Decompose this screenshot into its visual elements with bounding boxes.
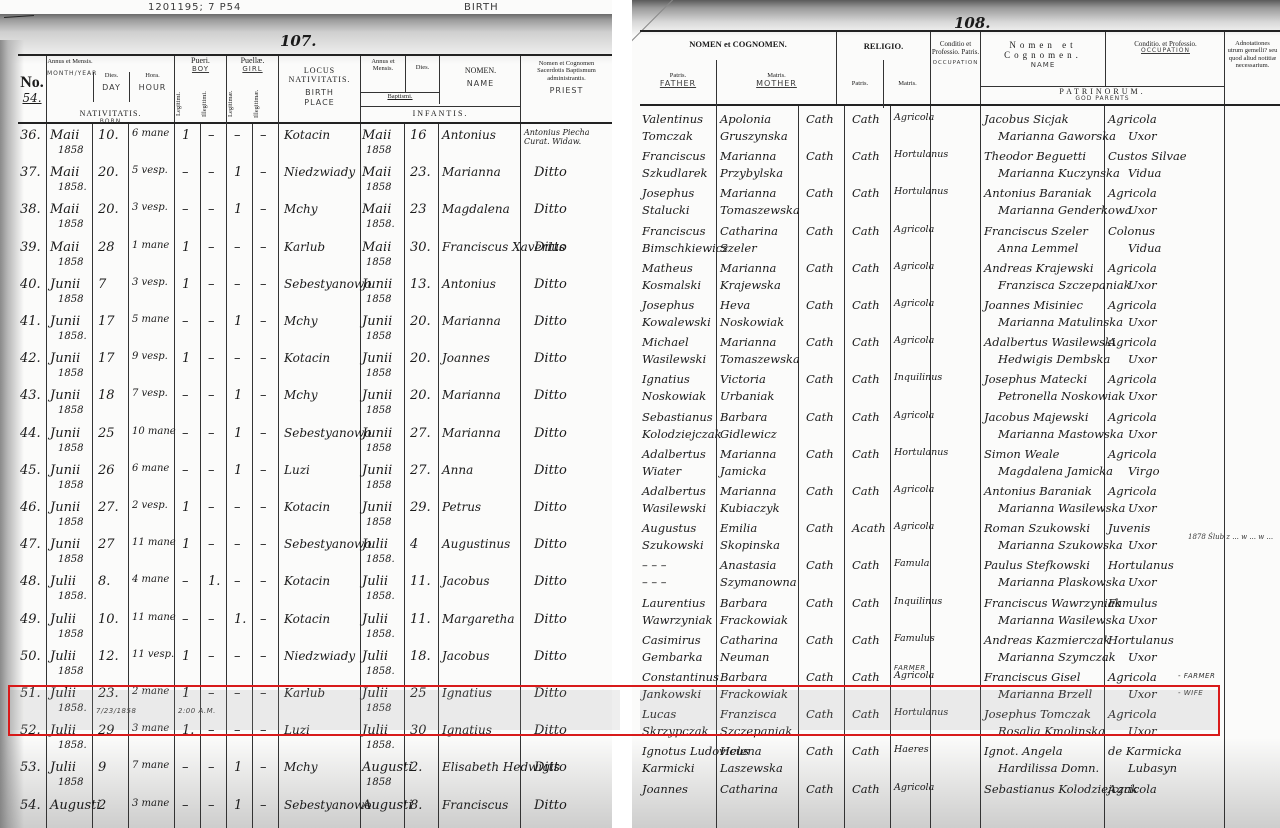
cell-girl-leg: 1 xyxy=(234,798,242,813)
cell-boy-illeg: – xyxy=(208,500,215,515)
cell-girl-leg: – xyxy=(234,128,241,143)
cell-boy-illeg: – xyxy=(208,202,215,217)
cell-bapt-year: 1858. xyxy=(366,591,395,602)
cell-no: 44. xyxy=(20,426,41,441)
parents-entry-row: – – –– – –AnastasiaSzymanownaCathCathFam… xyxy=(640,558,1280,592)
cell-girl-leg: – xyxy=(234,240,241,255)
cell-girl-illeg: – xyxy=(260,202,267,217)
header-pueri: Pueri. BOY Legitimi. Illegitimi. xyxy=(174,56,226,122)
cell-gp2-name: Marianna Matulinska xyxy=(998,315,1123,329)
parents-entry-row: FranciscusSzkudlarekMariannaPrzybylskaCa… xyxy=(640,149,1280,183)
cell-gp2-name: Marianna Kuczynska xyxy=(998,166,1120,180)
cell-month: Julii xyxy=(50,574,76,589)
cell-mother-first: Catharina xyxy=(720,224,778,238)
cell-place: Kotacin xyxy=(284,128,330,142)
parents-entry-row: JosephusStaluckiMariannaTomaszewskaCathC… xyxy=(640,186,1280,220)
cell-name: Antonius xyxy=(442,277,496,291)
cell-year: 1858. xyxy=(58,182,87,193)
header-nativitatis: Annus et Mensis. MONTH/YEAR Dies. DAY Ho… xyxy=(46,56,174,122)
birth-entry-row: 37.Maii1858.20.5 vesp.––1–NiedzwiadyMaii… xyxy=(18,165,612,199)
cell-girl-illeg: – xyxy=(260,574,267,589)
cell-father-last: Kolodziejczak xyxy=(642,427,722,441)
cell-father-first: Laurentius xyxy=(642,596,705,610)
cell-boy-illeg: – xyxy=(208,277,215,292)
cell-rel-f: Cath xyxy=(806,298,834,312)
cell-mother-first: Helena xyxy=(720,744,762,758)
cell-bapt-year: 1858 xyxy=(366,517,391,528)
cell-year: 1858 xyxy=(58,443,83,454)
cell-boy-leg: 1 xyxy=(182,277,190,292)
cell-place: Sebestyanowo xyxy=(284,798,371,812)
cell-no: 39. xyxy=(20,240,41,255)
cell-rel-m: Cath xyxy=(852,261,880,275)
cell-bapt-month: Junii xyxy=(362,500,392,515)
cell-boy-leg: – xyxy=(182,426,189,441)
cell-priest: Ditto xyxy=(534,612,567,627)
pen-translation-gp1-note: - FARMER xyxy=(1178,672,1215,680)
cell-day: 10. xyxy=(98,128,119,143)
cell-father-last: Tomczak xyxy=(642,129,693,143)
cell-rel-m: Cath xyxy=(852,335,880,349)
cell-priest: Ditto xyxy=(534,537,567,552)
cell-bapt-day: 23 xyxy=(410,202,427,217)
cell-gp1-name: Josephus Matecki xyxy=(984,372,1087,386)
cell-gp1-name: Jacobus Sicjak xyxy=(984,112,1069,126)
cell-father-last: Wawrzyniak xyxy=(642,613,712,627)
cell-rel-f: Cath xyxy=(806,484,834,498)
cell-gp2-name: Marianna Szymczak xyxy=(998,650,1116,664)
header-number: No. 54. xyxy=(18,56,46,122)
cell-gp1-name: Paulus Stefkowski xyxy=(984,558,1090,572)
cell-father-last: Wasilewski xyxy=(642,352,706,366)
cell-bapt-day: 16 xyxy=(410,128,427,143)
cell-mother-last: Tomaszewska xyxy=(720,352,800,366)
cell-father-first: Valentinus xyxy=(642,112,703,126)
cell-mother-first: Marianna xyxy=(720,186,776,200)
cell-gp1-name: Theodor Beguetti xyxy=(984,149,1086,163)
cell-rel-m: Cath xyxy=(852,744,880,758)
cell-day: 20. xyxy=(98,202,119,217)
cell-occupation: Hortulanus xyxy=(894,149,948,160)
cell-year: 1858 xyxy=(58,666,83,677)
cell-month: Julii xyxy=(50,649,76,664)
cell-bapt-year: 1858 xyxy=(366,480,391,491)
cell-mother-last: Gidlewicz xyxy=(720,427,777,441)
cell-year: 1858 xyxy=(58,517,83,528)
cell-bapt-month: Augusti xyxy=(362,798,413,813)
cell-girl-illeg: – xyxy=(260,500,267,515)
birth-entry-row: 50.Julii185812.11 vesp.1–––NiedzwiadyJul… xyxy=(18,649,612,683)
cell-bapt-day: 4 xyxy=(410,537,418,552)
cell-boy-illeg: – xyxy=(208,463,215,478)
birth-entry-row: 39.Maii1858281 mane1–––KarlubMaii185830.… xyxy=(18,240,612,274)
cell-boy-illeg: – xyxy=(208,351,215,366)
cell-place: Kotacin xyxy=(284,351,330,365)
cell-priest: Ditto xyxy=(534,463,567,478)
cell-mother-first: Heva xyxy=(720,298,750,312)
pen-translation-occupation-note: FARMER xyxy=(894,664,926,672)
cell-mother-first: Barbara xyxy=(720,670,767,684)
cell-mother-first: Marianna xyxy=(720,484,776,498)
cell-gp2-occ: Uxor xyxy=(1128,575,1157,589)
cell-boy-illeg: – xyxy=(208,388,215,403)
parents-entry-row: SebastianusKolodziejczakBarbaraGidlewicz… xyxy=(640,410,1280,444)
cell-rel-f: Cath xyxy=(806,335,834,349)
cell-bapt-day: 2. xyxy=(410,760,422,775)
cell-boy-illeg: – xyxy=(208,649,215,664)
cell-bapt-day: 27. xyxy=(410,463,431,478)
cell-bapt-year: 1858. xyxy=(366,666,395,677)
cell-girl-leg: 1 xyxy=(234,760,242,775)
cell-bapt-month: Junii xyxy=(362,314,392,329)
cell-girl-illeg: – xyxy=(260,537,267,552)
cell-year: 1858 xyxy=(58,629,83,640)
cell-boy-illeg: – xyxy=(208,240,215,255)
cell-boy-leg: – xyxy=(182,463,189,478)
cell-girl-leg: 1. xyxy=(234,612,246,627)
cell-hour: 1 mane xyxy=(132,240,169,251)
cell-gp1-name: Franciscus Wawrzyniak xyxy=(984,596,1122,610)
cell-rel-m: Cath xyxy=(852,410,880,424)
cell-gp1-occ: Hortulanus xyxy=(1108,558,1174,572)
cell-mother-last: Urbaniak xyxy=(720,389,774,403)
cell-gp1-occ: de Karmicka xyxy=(1108,744,1182,758)
cell-father-last: Kosmalski xyxy=(642,278,701,292)
cell-bapt-day: 20. xyxy=(410,388,431,403)
cell-place: Luzi xyxy=(284,463,310,477)
cell-no: 50. xyxy=(20,649,41,664)
cell-father-first: Joannes xyxy=(642,782,688,796)
cell-father-first: Constantinus xyxy=(642,670,719,684)
cell-year: 1858. xyxy=(58,591,87,602)
cell-mother-first: Anastasia xyxy=(720,558,776,572)
cell-boy-illeg: – xyxy=(208,314,215,329)
cell-rel-f: Cath xyxy=(806,372,834,386)
cell-gp1-occ: Agricola xyxy=(1108,447,1157,461)
cell-gp2-occ: Uxor xyxy=(1128,203,1157,217)
parents-entry-row: IgnatiusNoskowiakVictoriaUrbaniakCathCat… xyxy=(640,372,1280,406)
cell-bapt-month: Maii xyxy=(362,202,391,217)
cell-place: Kotacin xyxy=(284,574,330,588)
cell-occupation: Agricola xyxy=(894,112,934,123)
cell-priest: Ditto xyxy=(534,314,567,329)
cell-father-first: Adalbertus xyxy=(642,484,706,498)
cell-rel-m: Cath xyxy=(852,447,880,461)
cell-no: 45. xyxy=(20,463,41,478)
cell-bapt-month: Maii xyxy=(362,128,391,143)
cell-rel-m: Cath xyxy=(852,558,880,572)
cell-girl-leg: – xyxy=(234,351,241,366)
birth-entry-row: 46.Junii185827.2 vesp.1–––KotacinJunii18… xyxy=(18,500,612,534)
cell-day: 8. xyxy=(98,574,110,589)
cell-rel-m: Cath xyxy=(852,112,880,126)
header-infantis: Annus et Mensis. Dies. Baptismi. NOMEN. … xyxy=(360,56,520,122)
cell-no: 54. xyxy=(20,798,41,813)
cell-hour: 11 mane xyxy=(132,612,176,623)
cell-bapt-year: 1858 xyxy=(366,331,391,342)
cell-mother-first: Barbara xyxy=(720,410,767,424)
cell-hour: 3 vesp. xyxy=(132,202,168,213)
cell-bapt-year: 1858 xyxy=(366,145,391,156)
cell-gp1-name: Ignot. Angela xyxy=(984,744,1063,758)
cell-no: 48. xyxy=(20,574,41,589)
cell-year: 1858. xyxy=(58,331,87,342)
cell-place: Sebestyanowo xyxy=(284,277,371,291)
cell-mother-last: Frackowiak xyxy=(720,613,788,627)
cell-hour: 3 mane xyxy=(132,798,169,809)
cell-name: Marianna xyxy=(442,165,501,179)
cell-bapt-year: 1858. xyxy=(366,219,395,230)
cell-priest: Ditto xyxy=(534,500,567,515)
cell-no: 43. xyxy=(20,388,41,403)
cell-month: Junii xyxy=(50,351,80,366)
cell-no: 49. xyxy=(20,612,41,627)
cell-gp1-name: Jacobus Majewski xyxy=(984,410,1089,424)
cell-bapt-year: 1858. xyxy=(366,554,395,565)
cell-father-first: Josephus xyxy=(642,298,694,312)
cell-rel-m: Cath xyxy=(852,149,880,163)
cell-month: Junii xyxy=(50,388,80,403)
parents-entry-row: MatheusKosmalskiMariannaKrajewskaCathCat… xyxy=(640,261,1280,295)
cell-place: Niedzwiady xyxy=(284,165,355,179)
cell-boy-leg: – xyxy=(182,574,189,589)
cell-hour: 4 mane xyxy=(132,574,169,585)
cell-father-last: Noskowiak xyxy=(642,389,706,403)
cell-rel-m: Cath xyxy=(852,186,880,200)
cell-no: 36. xyxy=(20,128,41,143)
cell-father-first: Augustus xyxy=(642,521,696,535)
cell-bapt-day: 30. xyxy=(410,240,431,255)
cell-name: Magdalena xyxy=(442,202,510,216)
cell-mother-last: Skopinska xyxy=(720,538,780,552)
cell-girl-illeg: – xyxy=(260,240,267,255)
cell-girl-leg: – xyxy=(234,574,241,589)
cell-name: Jacobus xyxy=(442,649,489,663)
header-locus: LOCUS NATIVITATIS. BIRTH PLACE xyxy=(278,56,360,122)
cell-month: Junii xyxy=(50,537,80,552)
cell-girl-leg: – xyxy=(234,537,241,552)
cell-day: 20. xyxy=(98,165,119,180)
cell-father-last: Bimschkiewicz xyxy=(642,241,728,255)
cell-gp1-name: Antonius Baraniak xyxy=(984,186,1092,200)
cell-year: 1858 xyxy=(58,219,83,230)
cell-rel-f: Cath xyxy=(806,670,834,684)
cell-month: Maii xyxy=(50,240,79,255)
cell-mother-last: Kubiaczyk xyxy=(720,501,780,515)
cell-name: Marianna xyxy=(442,314,501,328)
cell-girl-illeg: – xyxy=(260,165,267,180)
cell-girl-illeg: – xyxy=(260,128,267,143)
cell-day: 17 xyxy=(98,351,115,366)
cell-father-last: Stalucki xyxy=(642,203,690,217)
cell-gp2-occ: Uxor xyxy=(1128,129,1157,143)
cell-girl-leg: 1 xyxy=(234,463,242,478)
cell-month: Junii xyxy=(50,314,80,329)
cell-father-first: Casimirus xyxy=(642,633,701,647)
cell-hour: 2 vesp. xyxy=(132,500,168,511)
cell-girl-leg: 1 xyxy=(234,165,242,180)
cell-boy-leg: 1 xyxy=(182,240,190,255)
parents-entry-row: AdalbertusWasilewskiMariannaKubiaczykCat… xyxy=(640,484,1280,518)
cell-boy-illeg: – xyxy=(208,128,215,143)
cell-gp2-name: Magdalena Jamicka xyxy=(998,464,1113,478)
cell-year: 1858 xyxy=(58,554,83,565)
parents-entry-row: LaurentiusWawrzyniakBarbaraFrackowiakCat… xyxy=(640,596,1280,630)
cell-rel-f: Cath xyxy=(806,261,834,275)
cell-mother-last: Tomaszewska xyxy=(720,203,800,217)
cell-occupation: Agricola xyxy=(894,484,934,495)
cell-place: Kotacin xyxy=(284,500,330,514)
cell-occupation: Inquilinus xyxy=(894,372,942,383)
parents-entry-row: MichaelWasilewskiMariannaTomaszewskaCath… xyxy=(640,335,1280,369)
header-priest: Nomen et Cognomen Sacerdotis Baptismum a… xyxy=(520,56,612,122)
cell-priest: Ditto xyxy=(534,760,567,775)
cell-priest: Ditto xyxy=(534,165,567,180)
cell-bapt-month: Julii xyxy=(362,612,388,627)
cell-gp2-occ: Vidua xyxy=(1128,166,1161,180)
cell-month: Junii xyxy=(50,426,80,441)
cell-bapt-day: 20. xyxy=(410,351,431,366)
cell-occupation: Haeres xyxy=(894,744,929,755)
cell-month: Junii xyxy=(50,463,80,478)
cell-girl-leg: 1 xyxy=(234,426,242,441)
cell-gp2-occ: Uxor xyxy=(1128,501,1157,515)
cell-hour: 3 vesp. xyxy=(132,277,168,288)
cell-mother-last: Szeler xyxy=(720,241,757,255)
cell-occupation: Agricola xyxy=(894,224,934,235)
cell-gp1-name: Adalbertus Wasilewski xyxy=(984,335,1116,349)
cell-occupation: Agricola xyxy=(894,298,934,309)
cell-year: 1858 xyxy=(58,405,83,416)
cell-gp1-occ: Agricola xyxy=(1108,410,1157,424)
cell-father-last: Wasilewski xyxy=(642,501,706,515)
cell-no: 38. xyxy=(20,202,41,217)
left-table-header: No. 54. Annus et Mensis. MONTH/YEAR Dies… xyxy=(18,54,612,124)
cell-gp1-name: Andreas Krajewski xyxy=(984,261,1094,275)
cell-name: Marianna xyxy=(442,426,501,440)
cell-occupation: Inquilinus xyxy=(894,596,942,607)
cell-boy-illeg: – xyxy=(208,760,215,775)
cell-gp2-occ: Uxor xyxy=(1128,315,1157,329)
cell-gp2-occ: Virgo xyxy=(1128,464,1160,478)
cell-month: Maii xyxy=(50,128,79,143)
cell-rel-f: Cath xyxy=(806,186,834,200)
cell-day: 9 xyxy=(98,760,106,775)
cell-priest: Ditto xyxy=(534,202,567,217)
cell-boy-illeg: – xyxy=(208,798,215,813)
cell-rel-m: Cath xyxy=(852,633,880,647)
cell-rel-m: Cath xyxy=(852,298,880,312)
cell-boy-leg: 1 xyxy=(182,351,190,366)
birth-entry-row: 49.Julii185810.11 mane––1.–KotacinJulii1… xyxy=(18,612,612,646)
cell-gp2-name: Hedwigis Dembska xyxy=(998,352,1110,366)
cell-gp1-occ: Agricola xyxy=(1108,484,1157,498)
cell-gp2-occ: Uxor xyxy=(1128,352,1157,366)
cell-priest: Ditto xyxy=(534,574,567,589)
cell-bapt-day: 11. xyxy=(410,612,431,627)
cell-gp2-name: Franzisca Szczepaniak xyxy=(998,278,1131,292)
birth-entry-row: 53.Julii185897 mane––1–MchyAugusti18582.… xyxy=(18,760,612,794)
cell-father-first: Sebastianus xyxy=(642,410,713,424)
birth-entry-row: 43.Junii1858187 vesp.––1–MchyJunii185820… xyxy=(18,388,612,422)
cell-mother-last: Szymanowna xyxy=(720,575,797,589)
cell-gp1-occ: Agricola xyxy=(1108,670,1157,684)
cell-bapt-day: 18. xyxy=(410,649,431,664)
cell-boy-leg: 1 xyxy=(182,537,190,552)
right-table-header: NOMEN et COGNOMEN. Patris. FATHER Matris… xyxy=(640,30,1280,106)
cell-mother-first: Marianna xyxy=(720,447,776,461)
cell-priest: Ditto xyxy=(534,798,567,813)
cell-gp2-name: Marianna Wasilewska xyxy=(998,501,1125,515)
cell-day: 7 xyxy=(98,277,106,292)
cell-day: 17 xyxy=(98,314,115,329)
header-notes: Adnotationes utrum gemelli? seu quod ali… xyxy=(1224,32,1280,104)
margin-note: 1878 Ślub z ... w ... w ... xyxy=(1188,532,1278,543)
cell-month: Junii xyxy=(50,277,80,292)
cell-boy-leg: – xyxy=(182,202,189,217)
cell-mother-first: Catharina xyxy=(720,633,778,647)
cell-day: 27. xyxy=(98,500,119,515)
cell-rel-f: Cath xyxy=(806,447,834,461)
cell-father-last: Szukowski xyxy=(642,538,704,552)
cell-year: 1858 xyxy=(58,480,83,491)
cell-occupation: Agricola xyxy=(894,410,934,421)
cell-bapt-month: Maii xyxy=(362,240,391,255)
cell-priest: Ditto xyxy=(534,351,567,366)
cell-gp1-name: Joannes Misiniec xyxy=(984,298,1083,312)
cell-rel-f: Cath xyxy=(806,410,834,424)
cell-bapt-day: 23. xyxy=(410,165,431,180)
cell-day: 27 xyxy=(98,537,115,552)
cell-boy-leg: 1 xyxy=(182,649,190,664)
cell-month: Junii xyxy=(50,500,80,515)
cell-gp2-occ: Uxor xyxy=(1128,389,1157,403)
cell-priest: Antonius Piecha Curat. Widaw. xyxy=(524,128,604,146)
cell-mother-first: Catharina xyxy=(720,782,778,796)
cell-bapt-year: 1858 xyxy=(366,405,391,416)
parents-entry-row: ValentinusTomczakApoloniaGruszynskaCathC… xyxy=(640,112,1280,146)
cell-year: 1858 xyxy=(58,777,83,788)
cell-gp2-occ: Lubasyn xyxy=(1128,761,1177,775)
cell-name: Antonius xyxy=(442,128,496,142)
cell-mother-last: Gruszynska xyxy=(720,129,788,143)
cell-rel-m: Cath xyxy=(852,596,880,610)
cell-gp1-occ: Hortulanus xyxy=(1108,633,1174,647)
cell-gp1-name: Franciscus Gisel xyxy=(984,670,1080,684)
cell-rel-m: Cath xyxy=(852,670,880,684)
cell-father-last: Gembarka xyxy=(642,650,702,664)
parents-entry-row: CasimirusGembarkaCatharinaNeumanCathCath… xyxy=(640,633,1280,667)
cell-no: 53. xyxy=(20,760,41,775)
birth-entry-row: 45.Junii1858266 mane––1–LuziJunii185827.… xyxy=(18,463,612,497)
cell-priest: Ditto xyxy=(534,240,567,255)
cell-rel-m: Cath xyxy=(852,224,880,238)
cell-hour: 7 mane xyxy=(132,760,169,771)
cell-year: 1858 xyxy=(58,368,83,379)
cell-gp1-occ: Agricola xyxy=(1108,298,1157,312)
cell-name: Petrus xyxy=(442,500,481,514)
cell-hour: 5 mane xyxy=(132,314,169,325)
cell-boy-illeg: – xyxy=(208,537,215,552)
cell-priest: Ditto xyxy=(534,649,567,664)
cell-priest: Ditto xyxy=(534,277,567,292)
cell-boy-leg: – xyxy=(182,165,189,180)
cell-bapt-year: 1858 xyxy=(366,777,391,788)
cell-bapt-day: 20. xyxy=(410,314,431,329)
cell-girl-illeg: – xyxy=(260,760,267,775)
cell-gp2-name: Marianna Mastowska xyxy=(998,427,1124,441)
cell-mother-last: Noskowiak xyxy=(720,315,784,329)
